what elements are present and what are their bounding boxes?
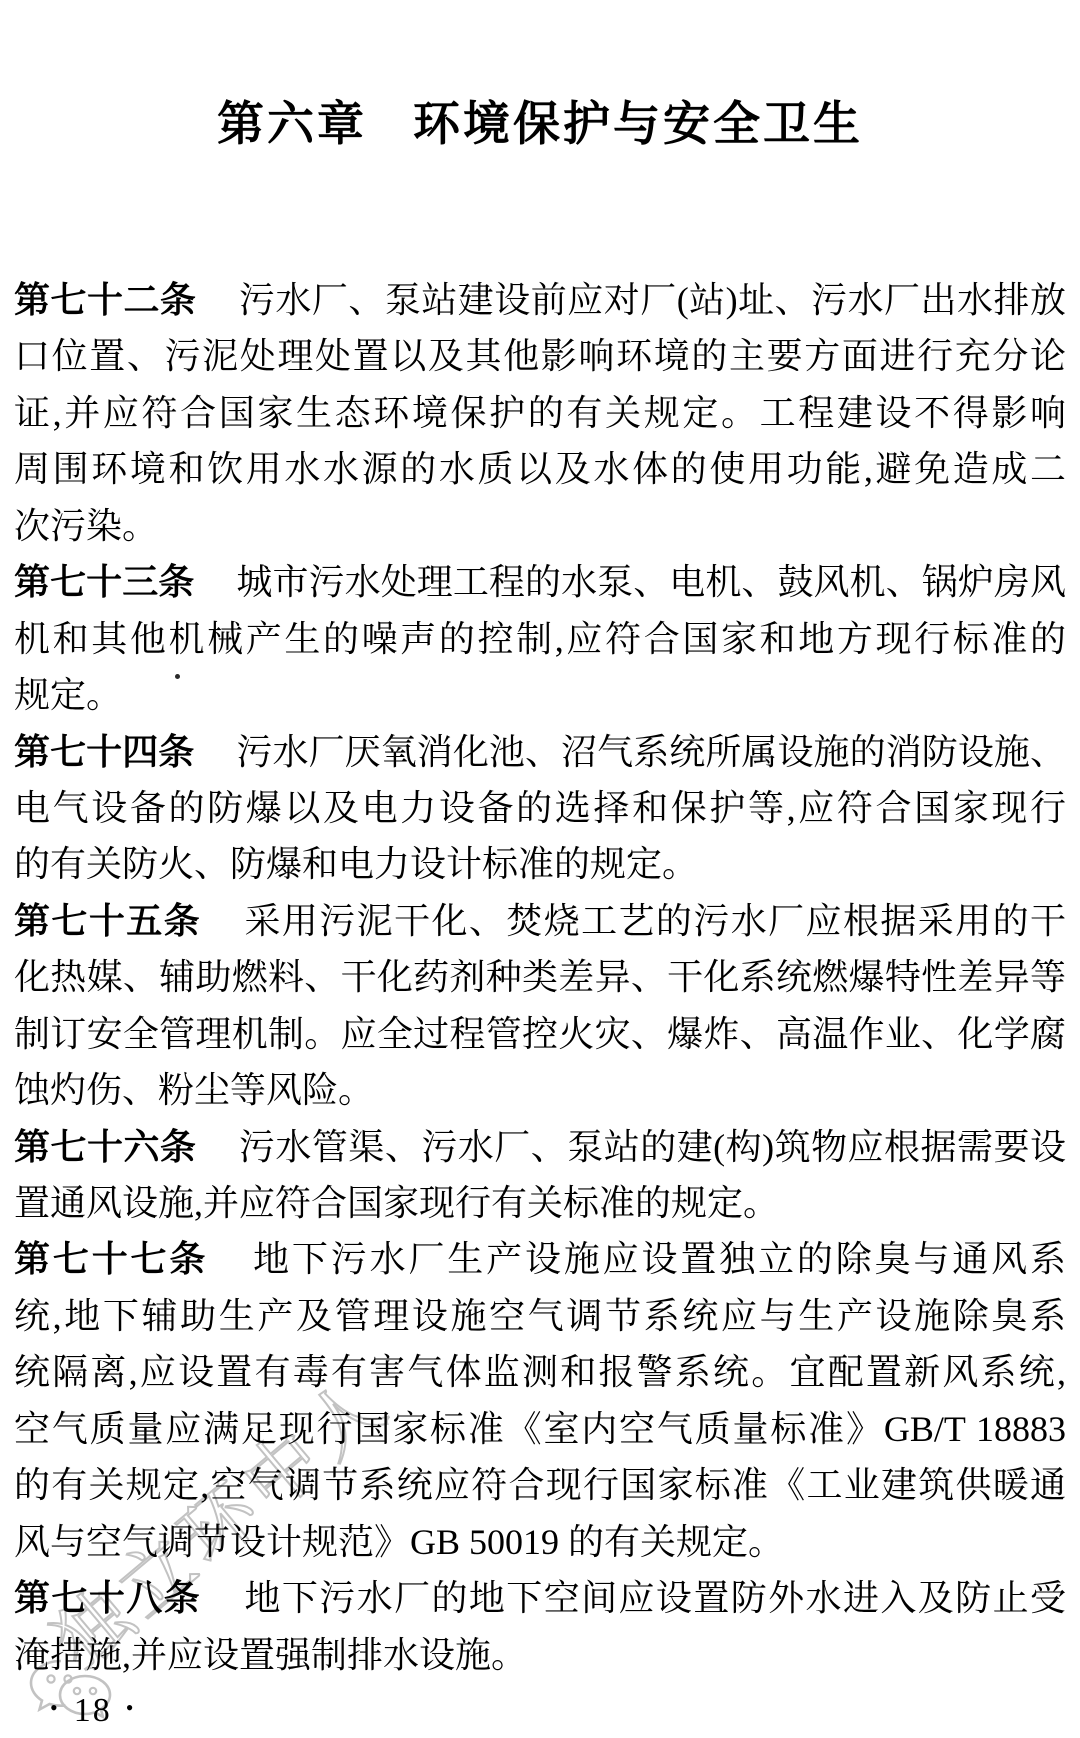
text-line: 机和其他机械产生的噪声的控制,应符合国家和地方现行标准的: [14, 611, 1066, 667]
line-text: 蚀灼伤、粉尘等风险。: [14, 1070, 374, 1110]
line-text: 的有关防火、防爆和电力设计标准的规定。: [14, 844, 698, 884]
text-line: 规定。: [14, 667, 1066, 723]
text-line: 蚀灼伤、粉尘等风险。: [14, 1062, 1066, 1118]
line-text: 采用污泥干化、焚烧工艺的污水厂应根据采用的干: [243, 901, 1066, 941]
line-text: 污水厂厌氧消化池、沼气系统所属设施的消防设施、: [236, 732, 1066, 772]
text-line: 统,地下辅助生产及管理设施空气调节系统应与生产设施除臭系: [14, 1288, 1066, 1344]
article-number: 第七十六条: [14, 1126, 196, 1167]
text-line: 证,并应符合国家生态环境保护的有关规定。工程建设不得影响: [14, 385, 1066, 441]
text-line: 第七十八条地下污水厂的地下空间应设置防外水进入及防止受: [14, 1570, 1066, 1626]
article-number: 第七十八条: [14, 1577, 201, 1618]
text-line: 置通风设施,并应符合国家现行有关标准的规定。: [14, 1175, 1066, 1231]
text-line: 制订安全管理机制。应全过程管控火灾、爆炸、高温作业、化学腐: [14, 1006, 1066, 1062]
line-text: 证,并应符合国家生态环境保护的有关规定。工程建设不得影响: [14, 393, 1066, 433]
text-line: 淹措施,并应设置强制排水设施。: [14, 1627, 1066, 1683]
line-text: 次污染。: [14, 506, 158, 546]
line-text: 制订安全管理机制。应全过程管控火灾、爆炸、高温作业、化学腐: [14, 1014, 1066, 1054]
scan-speck: [175, 674, 180, 679]
page-number: 18: [74, 1692, 112, 1729]
chapter-number: 第六章: [217, 97, 367, 150]
line-text: 城市污水处理工程的水泵、电机、鼓风机、锅炉房风: [236, 562, 1066, 602]
text-line: 化热媒、辅助燃料、干化药剂种类差异、干化系统燃爆特性差异等: [14, 949, 1066, 1005]
line-text: 规定。: [14, 675, 122, 715]
article-number: 第七十五条: [14, 900, 201, 941]
footer-dot-left: •: [36, 1695, 74, 1720]
line-text: 淹措施,并应设置强制排水设施。: [14, 1635, 527, 1675]
chapter-title: 第六章环境保护与安全卫生: [0, 94, 1080, 154]
text-line: 空气质量应满足现行国家标准《室内空气质量标准》GB/T 18883: [14, 1401, 1066, 1457]
chapter-name: 环境保护与安全卫生: [413, 97, 863, 150]
article-number: 第七十二条: [14, 279, 196, 320]
line-text: 化热媒、辅助燃料、干化药剂种类差异、干化系统燃爆特性差异等: [14, 957, 1066, 997]
text-line: 统隔离,应设置有毒有害气体监测和报警系统。宜配置新风系统,: [14, 1344, 1066, 1400]
text-line: 第七十四条污水厂厌氧消化池、沼气系统所属设施的消防设施、: [14, 724, 1066, 780]
text-line: 第七十二条污水厂、泵站建设前应对厂(站)址、污水厂出水排放: [14, 272, 1066, 328]
line-text: 污水管渠、污水厂、泵站的建(构)筑物应根据需要设: [238, 1127, 1066, 1167]
line-text: 电气设备的防爆以及电力设备的选择和保护等,应符合国家现行: [14, 788, 1066, 828]
article-number: 第七十四条: [14, 731, 194, 772]
text-line: 周围环境和饮用水水源的水质以及水体的使用功能,避免造成二: [14, 441, 1066, 497]
text-line: 第七十六条污水管渠、污水厂、泵站的建(构)筑物应根据需要设: [14, 1119, 1066, 1175]
article-number: 第七十三条: [14, 561, 194, 602]
line-text: 空气质量应满足现行国家标准《室内空气质量标准》GB/T 18883: [14, 1409, 1066, 1449]
line-text: 口位置、污泥处理处置以及其他影响环境的主要方面进行充分论: [14, 336, 1066, 376]
text-line: 的有关规定,空气调节系统应符合现行国家标准《工业建筑供暖通: [14, 1457, 1066, 1513]
line-text: 统,地下辅助生产及管理设施空气调节系统应与生产设施除臭系: [14, 1296, 1066, 1336]
text-line: 第七十七条地下污水厂生产设施应设置独立的除臭与通风系: [14, 1231, 1066, 1287]
text-line: 第七十三条城市污水处理工程的水泵、电机、鼓风机、锅炉房风: [14, 554, 1066, 610]
line-text: 污水厂、泵站建设前应对厂(站)址、污水厂出水排放: [238, 280, 1066, 320]
text-line: 次污染。: [14, 498, 1066, 554]
line-text: 周围环境和饮用水水源的水质以及水体的使用功能,避免造成二: [14, 449, 1066, 489]
line-text: 统隔离,应设置有毒有害气体监测和报警系统。宜配置新风系统,: [14, 1352, 1066, 1392]
page-footer: •18•: [36, 1686, 149, 1733]
line-text: 地下污水厂的地下空间应设置防外水进入及防止受: [243, 1578, 1066, 1618]
line-text: 的有关规定,空气调节系统应符合现行国家标准《工业建筑供暖通: [14, 1465, 1066, 1505]
footer-dot-right: •: [112, 1695, 150, 1720]
document-page: 独立环中人 第六章环境保护与安全卫生 第七十二条污水厂、泵站建设前应对厂(站)址…: [0, 0, 1080, 1738]
text-line: 的有关防火、防爆和电力设计标准的规定。: [14, 836, 1066, 892]
text-line: 电气设备的防爆以及电力设备的选择和保护等,应符合国家现行: [14, 780, 1066, 836]
article-text: 第七十二条污水厂、泵站建设前应对厂(站)址、污水厂出水排放口位置、污泥处理处置以…: [14, 272, 1066, 1683]
line-text: 地下污水厂生产设施应设置独立的除臭与通风系: [250, 1239, 1066, 1279]
text-line: 风与空气调节设计规范》GB 50019 的有关规定。: [14, 1514, 1066, 1570]
article-number: 第七十七条: [14, 1238, 208, 1279]
line-text: 风与空气调节设计规范》GB 50019 的有关规定。: [14, 1522, 784, 1562]
line-text: 置通风设施,并应符合国家现行有关标准的规定。: [14, 1183, 779, 1223]
text-line: 口位置、污泥处理处置以及其他影响环境的主要方面进行充分论: [14, 328, 1066, 384]
line-text: 机和其他机械产生的噪声的控制,应符合国家和地方现行标准的: [14, 619, 1066, 659]
text-line: 第七十五条采用污泥干化、焚烧工艺的污水厂应根据采用的干: [14, 893, 1066, 949]
